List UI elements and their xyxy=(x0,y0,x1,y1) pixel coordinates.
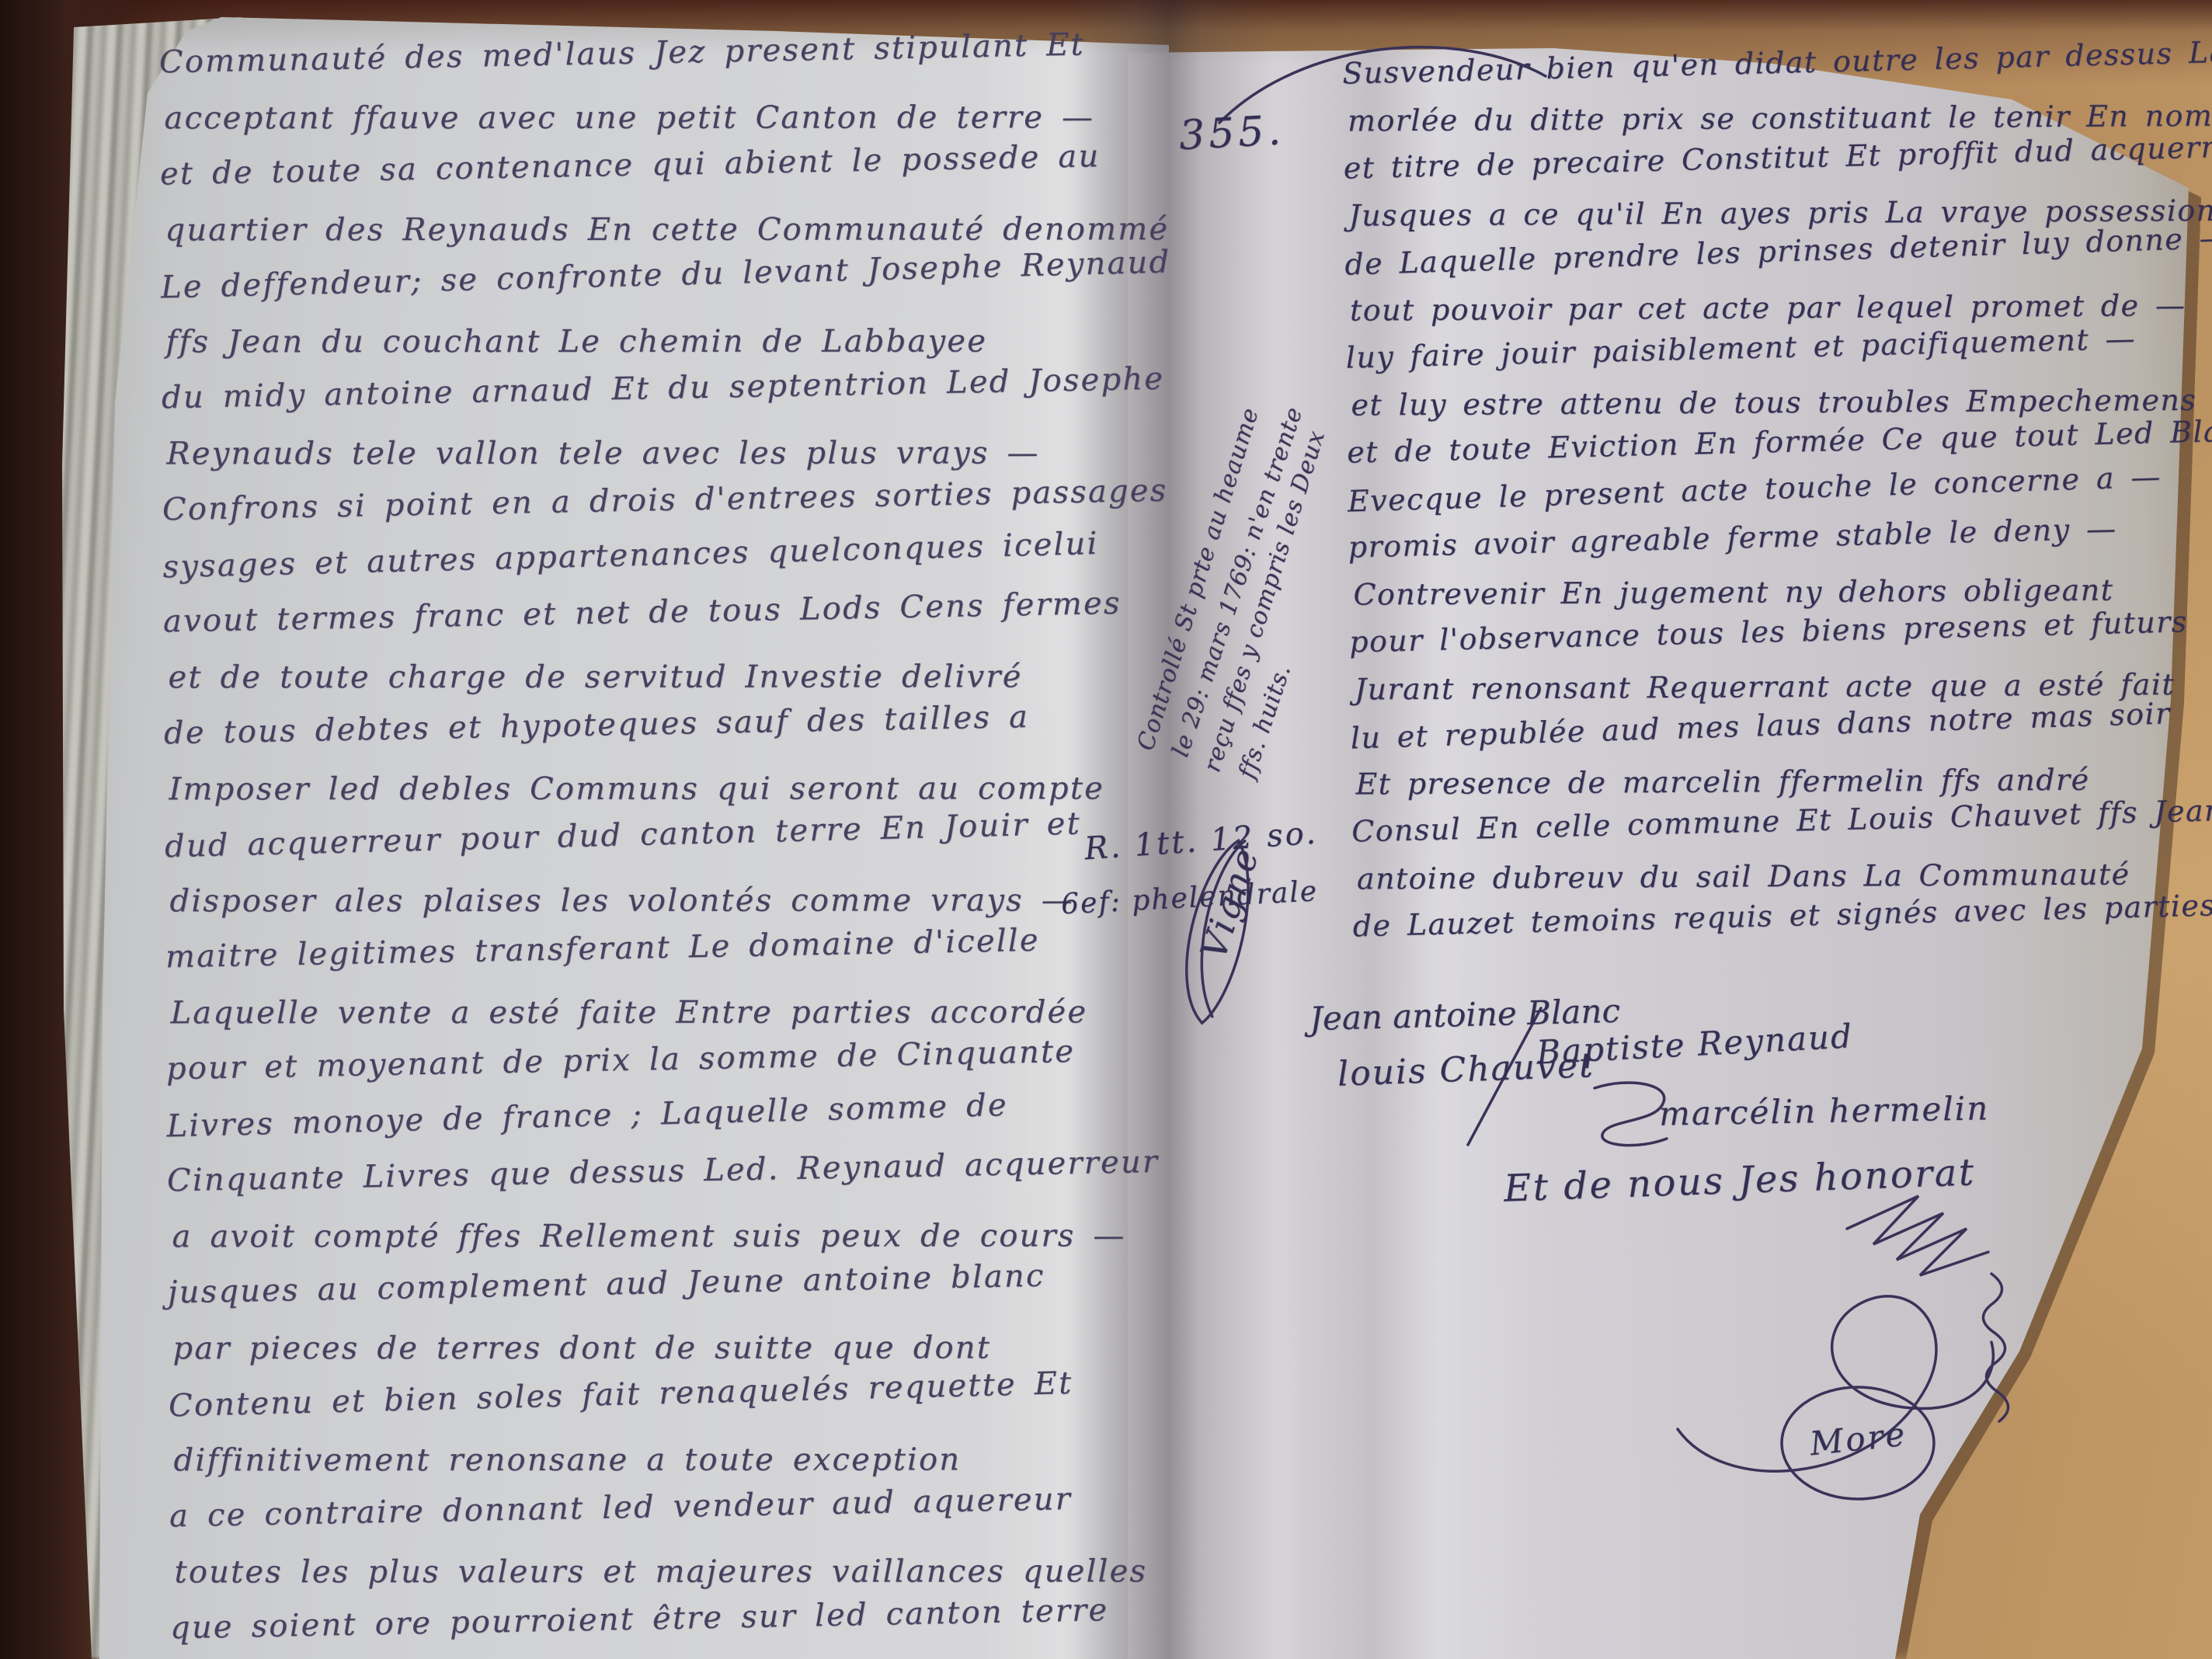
notary-flourish xyxy=(1662,1181,2027,1553)
page-number: 355. xyxy=(1178,107,1286,159)
margin-registration-note: Controllé St prte au heaumele 29: mars 1… xyxy=(1045,264,1480,854)
left-page-text: Communauté des med'laus Jez present stip… xyxy=(159,28,1142,1657)
manuscript-photo: Communauté des med'laus Jez present stip… xyxy=(0,0,2212,1659)
signature-marcelin-hermelin: marcélin hermelin xyxy=(1659,1089,1990,1132)
